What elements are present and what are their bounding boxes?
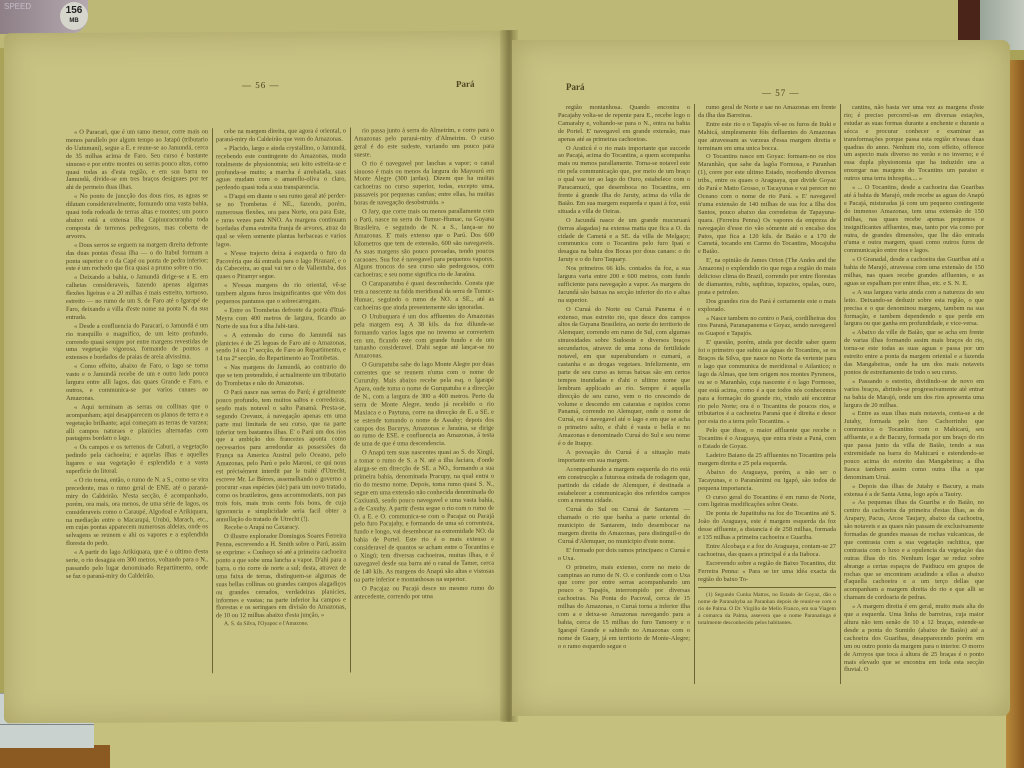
paragraph: O Pará nasce nas serras do Parú; é geral… <box>216 389 346 524</box>
paragraph: E' formado por dois ramos principaes: o … <box>558 547 690 563</box>
paragraph: Entre este rio e o Tapajós vê-se os furo… <box>698 121 836 153</box>
paragraph: « Depois das ilhas de Jutahy e Bacury, a… <box>844 483 984 499</box>
column-rule <box>840 104 841 684</box>
paragraph: O rio é navegavel por lanchas a vapor; o… <box>354 159 494 207</box>
paragraph: De ponta de Jupatituba na foz do Tocanti… <box>698 510 836 542</box>
left-column-2: cebe na margem direita, que agora é orie… <box>216 128 346 674</box>
paragraph: « Nas margens do Jamundá, ao contrario d… <box>216 364 346 388</box>
background-sticker: SPEED 156 MB <box>0 0 88 34</box>
sticker-badge: 156 MB <box>60 2 88 30</box>
paragraph: E', na opinião de James Orton (The Andes… <box>698 257 836 297</box>
paragraph: « A partir do lago Arikiquara, que é o u… <box>66 548 208 580</box>
paragraph: O illustre explorador Domingos Soares Fe… <box>216 533 346 621</box>
column-caption: A. S. da Silva, l'Oyapoc e l'Amazone. <box>216 621 346 630</box>
paragraph: « Entre os Trombetas defronte da ponta d… <box>216 306 346 330</box>
paragraph: O Urubuquara é um dos affluentes do Amaz… <box>354 313 494 361</box>
paragraph: « No ponto de juncção dos dous rios, as … <box>66 193 208 241</box>
left-column-3: rio passa junto á serra do Almeirim, e c… <box>354 127 494 673</box>
left-page: — 56 — Pará « O Paracari, que é um ramo … <box>4 31 512 724</box>
right-running-head: Pará <box>566 82 585 92</box>
right-page-number: — 57 — <box>762 88 800 98</box>
sticker-text: SPEED <box>4 2 31 11</box>
background-wood-bottom <box>0 745 110 768</box>
sticker-badge-number: 156 <box>66 5 83 16</box>
paragraph: Escrevendo sobre a região de Baixo Tocan… <box>698 560 836 584</box>
right-column-1: região montanhosa. Quando encontra o Pac… <box>558 104 690 684</box>
paragraph: « O Paracari, que é um ramo menor, corre… <box>66 128 208 192</box>
paragraph: « As pequenas ilhas da Guariba e do Baiã… <box>844 499 984 602</box>
paragraph: « N'esse trajecto deixa á esquerda o fur… <box>216 249 346 281</box>
paragraph: « O Granadal, desde a cachoeira das Guar… <box>844 256 984 288</box>
paragraph: O Pacajaz ou Pacajá desce no mesmo rumo … <box>354 584 494 601</box>
paragraph: O Carapanatuba é quasi desconhecido. Con… <box>354 280 494 312</box>
paragraph: A povoação do Curuá é a situação mais im… <box>558 449 690 465</box>
paragraph: Recebe o Arapá no Caxaracy. <box>216 524 346 533</box>
paragraph: Acompanhando a margem esquerda do rio es… <box>558 466 690 506</box>
paragraph: O Jary, que corre mais ou menos parallam… <box>354 208 494 280</box>
paragraph: Ladeiro Baiano da 25 affluentes no Tocan… <box>698 452 836 468</box>
paragraph: O Araticú é o rio mais importante que su… <box>558 145 690 216</box>
paragraph: Abaixo do Araguaya, porém, a não ser o T… <box>698 469 836 493</box>
paragraph: « Passando o estreito, dividindo-se de n… <box>844 378 984 410</box>
paragraph: Pelo que disse, o maior affluente que re… <box>698 427 836 451</box>
paragraph: Entre Alcobaça e a foz do Araguaya, cont… <box>698 543 836 559</box>
right-page: Pará — 57 — região montanhosa. Quando en… <box>512 40 1010 716</box>
paragraph: « Nasce tambem no centro o Pará, cordilh… <box>698 315 836 339</box>
paragraph: cebe na margem direita, que agora é orie… <box>216 128 346 144</box>
right-column-3: cantins, não basta ver uma vez as margen… <box>844 104 984 684</box>
paragraph: Dos grandes rios do Pará é certamente es… <box>698 298 836 314</box>
paragraph: rumo geral de Norte e sae no Amazonas em… <box>698 104 836 120</box>
paragraph: « Como effeito, abaixo de Faro, o lago s… <box>66 363 208 403</box>
left-running-head: Pará <box>456 79 475 89</box>
paragraph: região montanhosa. Quando encontra o Pac… <box>558 104 690 144</box>
note-line <box>0 724 94 725</box>
paragraph: « Deixando a bahia, o Jamundá dirige-se … <box>66 274 208 322</box>
paragraph: O Jacundá nasce de um grande mucuruará (… <box>558 217 690 264</box>
paragraph: « Desde a confluencia do Paracari, o Jam… <box>66 322 208 362</box>
paragraph: Nos primeiros 66 kils. contados da foz, … <box>558 265 690 305</box>
sticker-badge-unit: MB <box>60 16 88 27</box>
paragraph: « Placido, largo e ainda crystallino, o … <box>216 144 346 192</box>
paragraph: « D'aqui em diante o seu rumo geral até … <box>216 193 346 249</box>
paragraph: O Tocantins nasce em Goyaz: formam-no os… <box>698 153 836 256</box>
column-rule <box>694 104 695 684</box>
column-rule <box>350 128 351 673</box>
paragraph: Curuá do Sul ou Curuá de Santarem — cham… <box>558 506 690 546</box>
paragraph: « Aqui terminam as serras ou collinas qu… <box>66 403 208 443</box>
paragraph: « A sua largura varia ainda com a nature… <box>844 289 984 329</box>
paragraph: O primeiro, mais extenso, corre no meio … <box>558 564 690 651</box>
paragraph: O Gurupatuba sahe do lago Monte Alegre p… <box>354 361 494 449</box>
right-column-2: rumo geral de Norte e sae no Amazonas em… <box>698 104 836 689</box>
paragraph: « Os campos e os terrenos de Caburi, a v… <box>66 444 208 476</box>
paragraph: O curso geral do Tocantins é em rumo de … <box>698 494 836 510</box>
paragraph: « Dous serros se erguem na margem direit… <box>66 241 208 273</box>
paragraph: « O rio toma, então, o rumo de N. a S., … <box>66 476 208 548</box>
paragraph: rio passa junto á serra do Almeirim, e c… <box>354 127 494 159</box>
paragraph: « A extensão do curso do Jamundá nas pla… <box>216 331 346 363</box>
left-column-1: « O Paracari, que é um ramo menor, corre… <box>66 128 208 649</box>
paragraph: « N'essas margens do rio oriental, vê-se… <box>216 282 346 306</box>
footnote: (1) Segundo Cunha Mattos, no Estado de G… <box>698 587 836 626</box>
paragraph: « A margem direita é em geral, muito mai… <box>844 603 984 674</box>
left-page-number: — 56 — <box>242 80 280 90</box>
paragraph: cantins, não basta ver uma vez as margen… <box>844 104 984 183</box>
paragraph: « Entre as suas ilhas mais notaveis, con… <box>844 410 984 481</box>
paragraph: O Curuá do Norte ou Curuá Panema é o ext… <box>558 306 690 448</box>
paragraph: « Abaixo da ville de Baião, que se acha … <box>844 329 984 376</box>
paragraph: « ... O Tocantins, desde a cachoeira das… <box>844 184 984 255</box>
column-rule <box>212 128 213 673</box>
paragraph: O Anapú tem suas nascentes quasi ao S. d… <box>354 449 494 584</box>
paragraph: E' questão, porém, ainda por decidir sab… <box>698 339 836 426</box>
